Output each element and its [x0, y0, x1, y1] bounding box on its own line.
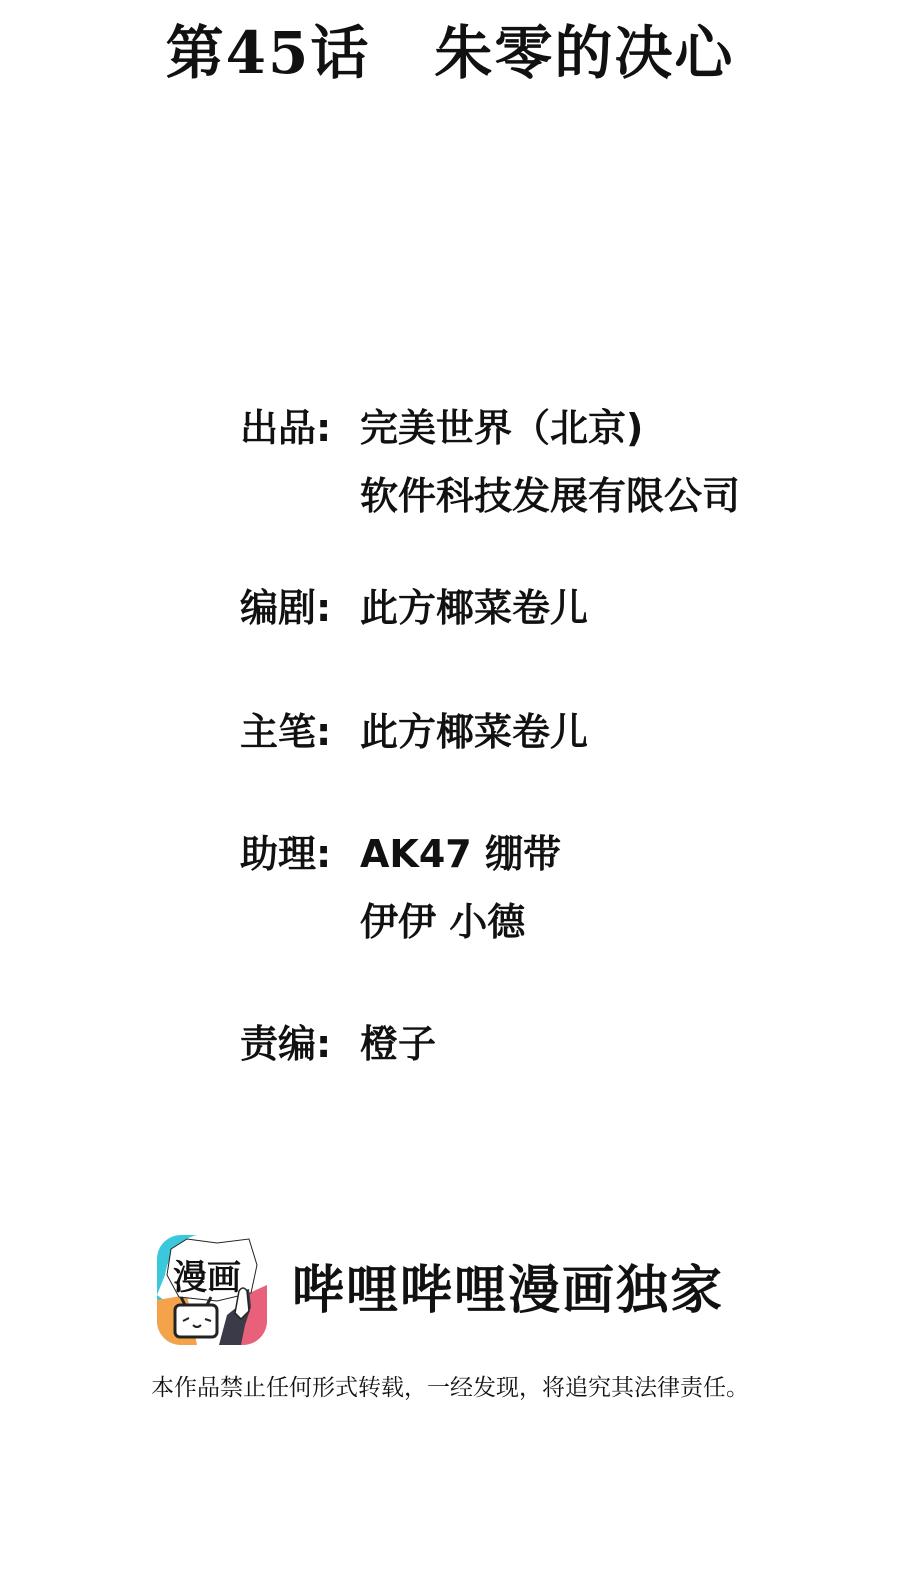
credit-value: 此方椰菜卷儿: [360, 576, 588, 644]
chapter-number: 第45话: [166, 19, 371, 87]
svg-text:漫画: 漫画: [173, 1258, 241, 1298]
credit-label: 助理:: [240, 822, 331, 886]
credit-value: 伊伊 小德: [360, 890, 561, 958]
credit-value: AK47 绷带: [360, 822, 561, 890]
credit-value: 橙子: [360, 1012, 436, 1080]
copyright-notice: 本作品禁止任何形式转载，一经发现，将追究其法律责任。: [0, 1370, 900, 1406]
chapter-name: 朱零的决心: [434, 19, 734, 87]
credit-value: 软件科技发展有限公司: [360, 464, 740, 532]
credit-label: 编剧:: [240, 576, 331, 640]
bilibili-manga-logo-icon: 漫画: [157, 1235, 267, 1345]
credit-value: 此方椰菜卷儿: [360, 700, 588, 768]
exclusive-label: 哔哩哔哩漫画独家: [292, 1258, 724, 1324]
credit-label: 主笔:: [240, 700, 331, 764]
credit-value: 完美世界（北京): [360, 396, 740, 464]
credit-label: 责编:: [240, 1012, 331, 1076]
chapter-title: 第45话朱零的决心: [0, 18, 900, 88]
credit-label: 出品:: [240, 396, 331, 460]
